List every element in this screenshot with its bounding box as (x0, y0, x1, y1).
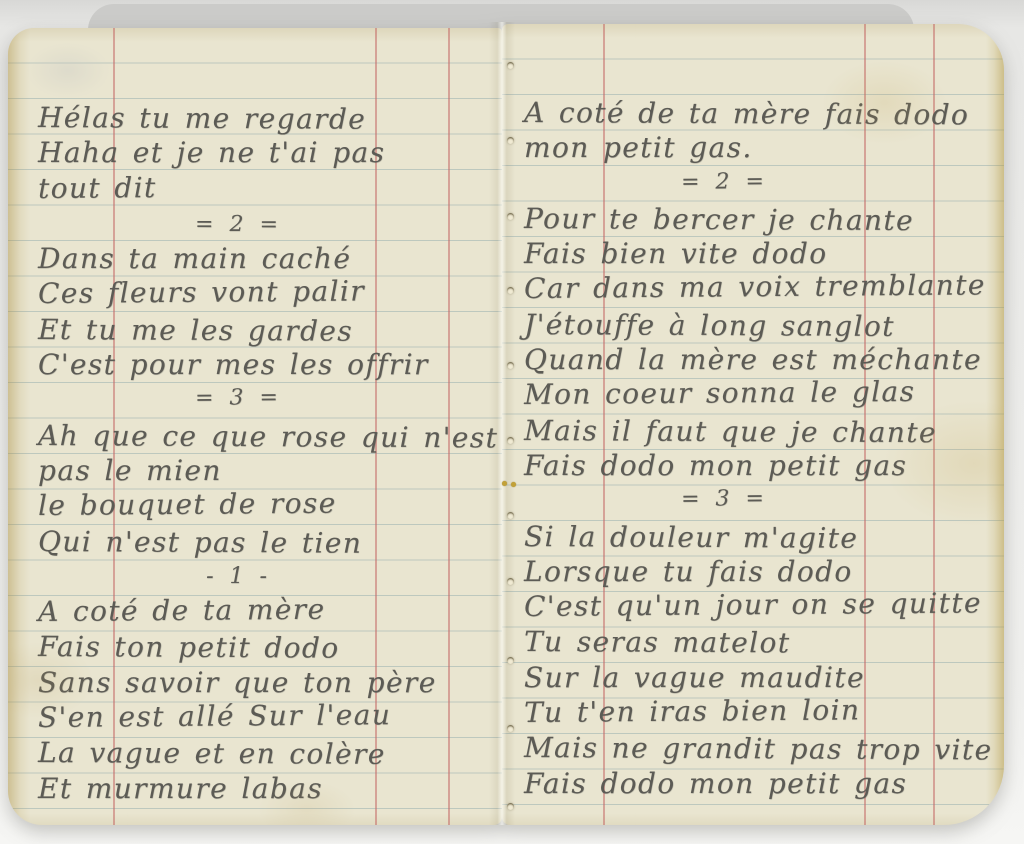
handwritten-line: Mon coeur sonna le glas (524, 374, 993, 413)
stitch-hole (507, 62, 514, 69)
notebook-spread: Hélas tu me regardeHaha et je ne t'ai pa… (8, 22, 1004, 825)
left-page-worn-edge (8, 28, 30, 825)
handwritten-lyrics-right: A coté de ta mère fais dodomon petit gas… (524, 95, 993, 801)
handwritten-line: Sans savoir que ton père (38, 665, 498, 700)
handwritten-line: J'étouffe à long sanglot (524, 307, 993, 345)
handwritten-line: Car dans ma voix tremblante (524, 268, 993, 307)
stitch-hole (507, 362, 514, 369)
handwritten-line: A coté de ta mère (38, 591, 498, 630)
stitch-hole (507, 213, 514, 220)
handwritten-line: Mais ne grandit pas trop vite (524, 730, 993, 768)
stitch-hole (507, 137, 514, 144)
handwritten-line: Hélas tu me regarde (38, 100, 498, 138)
handwritten-line: C'est pour mes les offrir (38, 347, 498, 382)
handwritten-line: A coté de ta mère fais dodo (524, 95, 993, 133)
handwritten-lyrics-left: Hélas tu me regardeHaha et je ne t'ai pa… (38, 100, 498, 806)
handwritten-line: pas le mien (38, 453, 498, 488)
stitch-hole (507, 512, 514, 519)
handwritten-line: tout dit (38, 167, 498, 206)
handwritten-line: Et tu me les gardes (38, 312, 498, 350)
handwritten-line: Quand la mère est méchante (524, 342, 993, 377)
handwritten-line: Fais ton petit dodo (38, 629, 498, 667)
binding-thread-dot (502, 481, 507, 486)
handwritten-line: Tu t'en iras bien loin (524, 691, 993, 730)
binding-thread-dot (511, 482, 516, 487)
scanned-notebook-image: Hélas tu me regardeHaha et je ne t'ai pa… (0, 0, 1024, 844)
stitch-hole (507, 803, 514, 810)
handwritten-line: le bouquet de rose (38, 485, 498, 524)
handwritten-line: S'en est allé Sur l'eau (38, 696, 498, 735)
handwritten-line: La vague et en colère (38, 735, 498, 773)
handwritten-line: Mais il faut que je chante (524, 413, 993, 451)
verse-number-marker: = 2 = (524, 162, 924, 200)
handwritten-line: Fais dodo mon petit gas (524, 766, 993, 801)
verse-number-marker: = 3 = (524, 480, 924, 518)
handwritten-line: C'est qu'un jour on se quitte (524, 585, 993, 624)
handwritten-line: Qui n'est pas le tien (38, 524, 498, 562)
notebook-page-right: A coté de ta mère fais dodomon petit gas… (502, 24, 1004, 825)
handwritten-line: mon petit gas. (524, 130, 993, 165)
stitch-hole (507, 657, 514, 664)
verse-number-marker: - 1 - (38, 559, 438, 594)
handwritten-line: Ah que ce que rose qui n'est (38, 418, 498, 456)
handwritten-line: Et murmure labas (38, 771, 498, 806)
verse-number-marker: = 3 = (38, 379, 438, 417)
handwritten-line: Lorsque tu fais dodo (524, 554, 993, 589)
handwritten-line: Ces fleurs vont palir (38, 273, 498, 312)
stitch-hole (507, 437, 514, 444)
handwritten-line: Fais dodo mon petit gas (524, 448, 993, 483)
handwritten-line: Dans ta main caché (38, 241, 498, 276)
stitch-hole (507, 725, 514, 732)
stitch-hole (507, 578, 514, 585)
handwritten-line: Fais bien vite dodo (524, 236, 993, 271)
handwritten-line: Sur la vague maudite (524, 660, 993, 695)
handwritten-line: Tu seras matelot (524, 624, 993, 662)
handwritten-line: Pour te bercer je chante (524, 201, 993, 239)
handwritten-line: Haha et je ne t'ai pas (38, 135, 498, 170)
notebook-page-left: Hélas tu me regardeHaha et je ne t'ai pa… (8, 28, 502, 825)
handwritten-line: Si la douleur m'agite (524, 519, 993, 557)
stitch-hole (507, 287, 514, 294)
verse-number-marker: = 2 = (38, 206, 438, 243)
